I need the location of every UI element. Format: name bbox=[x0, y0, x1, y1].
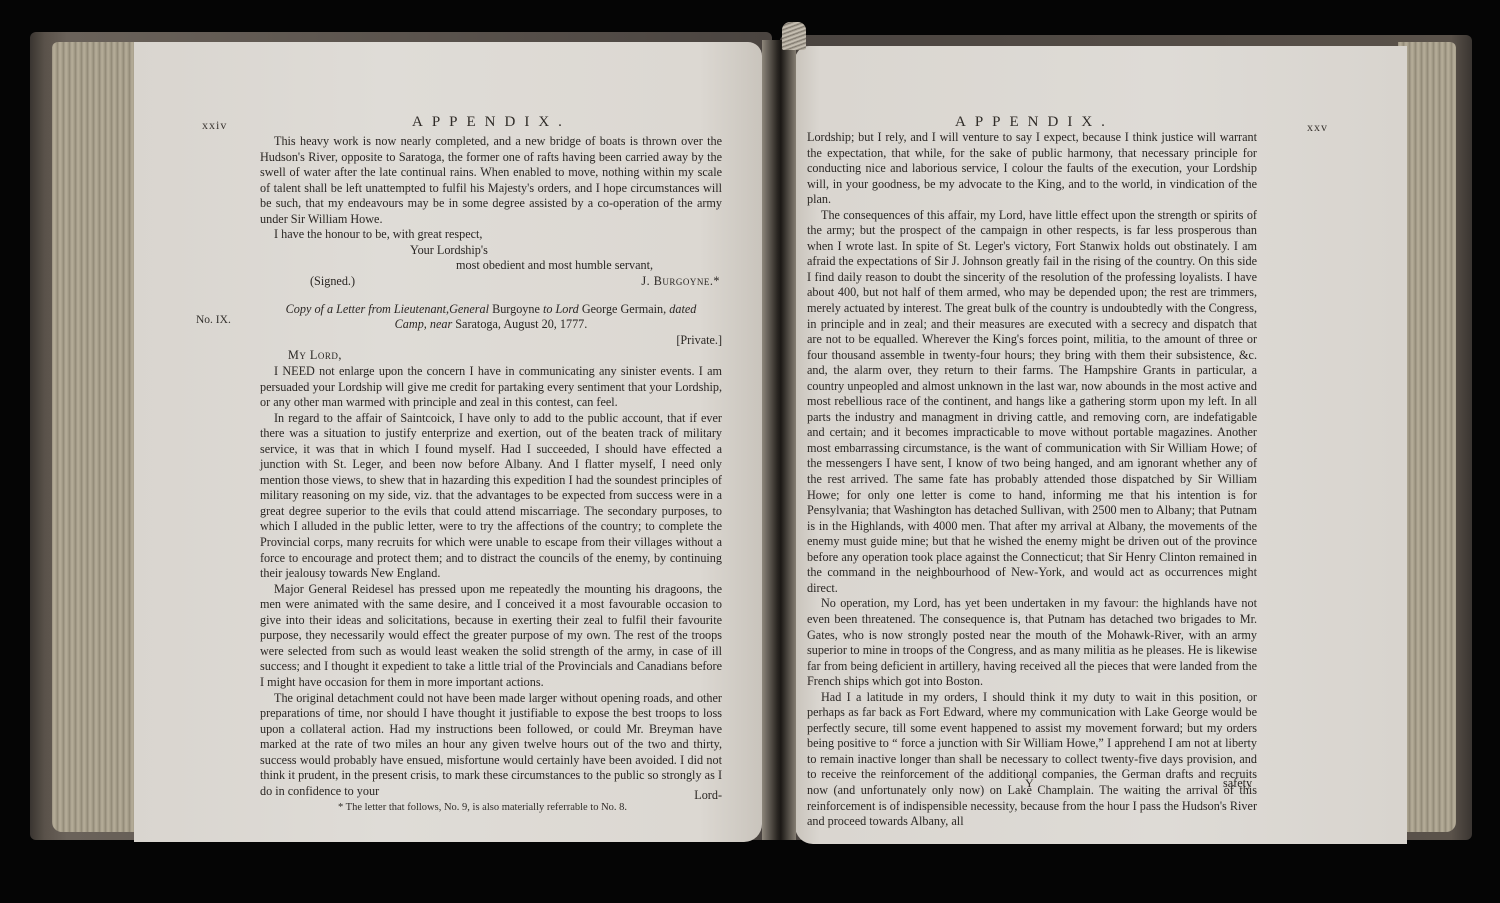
heading-part: to Lord bbox=[543, 302, 579, 316]
heading-part: Saratoga, August 20, 1777. bbox=[452, 317, 587, 331]
left-page: xxiv APPENDIX. This heavy work is now ne… bbox=[134, 42, 762, 842]
signature-mark: Y bbox=[1025, 776, 1034, 791]
paragraph: The consequences of this affair, my Lord… bbox=[807, 208, 1257, 597]
paragraph: This heavy work is now nearly completed,… bbox=[260, 134, 722, 227]
signature: J. Burgoyne.* bbox=[641, 274, 720, 290]
closing-line: most obedient and most humble servant, bbox=[456, 258, 653, 274]
closing-line: Your Lordship's bbox=[410, 243, 488, 259]
paragraph: Had I a latitude in my orders, I should … bbox=[807, 690, 1257, 830]
paragraph: The original detachment could not have b… bbox=[260, 691, 722, 800]
salutation: My Lord, bbox=[260, 348, 722, 364]
private-marker: [Private.] bbox=[260, 333, 722, 349]
heading-part: Copy of a Letter from Lieutenant bbox=[286, 302, 446, 316]
fore-edge-left bbox=[52, 42, 134, 832]
paragraph: In regard to the affair of Saintcoick, I… bbox=[260, 411, 722, 582]
left-page-body: This heavy work is now nearly completed,… bbox=[260, 134, 722, 799]
letter-heading: Copy of a Letter from Lieutenant,General… bbox=[260, 302, 722, 333]
running-head-left: APPENDIX. bbox=[412, 114, 571, 131]
bookmark-ribbon bbox=[782, 22, 806, 50]
paragraph: Major General Reidesel has pressed upon … bbox=[260, 582, 722, 691]
margin-note-number: No. IX. bbox=[196, 314, 231, 326]
right-page-body: Lordship; but I rely, and I will venture… bbox=[807, 130, 1257, 830]
heading-part: George Germain, bbox=[579, 302, 669, 316]
heading-part: dated bbox=[669, 302, 696, 316]
page-number-right: xxv bbox=[1307, 120, 1328, 135]
catchword-right: safety bbox=[1223, 776, 1252, 791]
paragraph: No operation, my Lord, has yet been unde… bbox=[807, 596, 1257, 689]
signed-label: (Signed.) bbox=[310, 274, 355, 290]
book-gutter bbox=[762, 40, 796, 840]
paragraph: Lordship; but I rely, and I will venture… bbox=[807, 130, 1257, 208]
heading-part: General bbox=[449, 302, 489, 316]
page-number-left: xxiv bbox=[202, 118, 227, 133]
right-page: APPENDIX. xxv Lordship; but I rely, and … bbox=[795, 46, 1407, 844]
heading-part: Camp, near bbox=[395, 317, 453, 331]
catchword-left: Lord- bbox=[694, 788, 722, 803]
closing-line: I have the honour to be, with great resp… bbox=[260, 227, 722, 243]
heading-part: Burgoyne bbox=[489, 302, 543, 316]
footnote: * The letter that follows, No. 9, is als… bbox=[338, 802, 627, 813]
paragraph: I NEED not enlarge upon the concern I ha… bbox=[260, 364, 722, 411]
running-head-right: APPENDIX. bbox=[955, 114, 1114, 131]
